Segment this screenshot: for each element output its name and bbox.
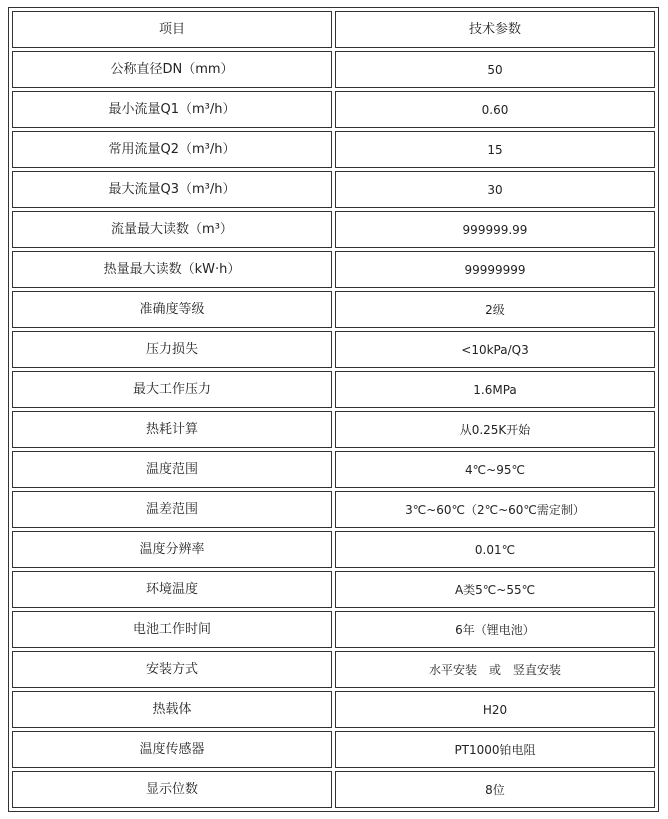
spec-table: 项目 技术参数 公称直径DN（mm） 50 最小流量Q1（m³/h） 0.60 …	[8, 7, 659, 812]
table-row: 显示位数 8位	[12, 771, 655, 808]
table-row: 电池工作时间 6年（锂电池）	[12, 611, 655, 648]
row-item: 温差范围	[12, 491, 332, 528]
table-row: 准确度等级 2级	[12, 291, 655, 328]
row-item: 温度范围	[12, 451, 332, 488]
table-row: 温差范围 3℃~60℃（2℃~60℃需定制）	[12, 491, 655, 528]
row-value: <10kPa/Q3	[335, 331, 655, 368]
row-item: 温度分辨率	[12, 531, 332, 568]
row-item: 最大流量Q3（m³/h）	[12, 171, 332, 208]
table-row: 常用流量Q2（m³/h） 15	[12, 131, 655, 168]
row-item: 常用流量Q2（m³/h）	[12, 131, 332, 168]
table-row: 公称直径DN（mm） 50	[12, 51, 655, 88]
row-value: 3℃~60℃（2℃~60℃需定制）	[335, 491, 655, 528]
row-value: 从0.25K开始	[335, 411, 655, 448]
table-row: 温度范围 4℃~95℃	[12, 451, 655, 488]
row-value: A类5℃~55℃	[335, 571, 655, 608]
row-item: 准确度等级	[12, 291, 332, 328]
row-item: 公称直径DN（mm）	[12, 51, 332, 88]
row-value: 0.60	[335, 91, 655, 128]
row-value: 6年（锂电池）	[335, 611, 655, 648]
row-value: 4℃~95℃	[335, 451, 655, 488]
table-row: 温度传感器 PT1000铂电阻	[12, 731, 655, 768]
header-value: 技术参数	[335, 11, 655, 48]
row-value: 1.6MPa	[335, 371, 655, 408]
row-item: 显示位数	[12, 771, 332, 808]
table-row: 最大工作压力 1.6MPa	[12, 371, 655, 408]
row-value: 50	[335, 51, 655, 88]
row-value: 999999.99	[335, 211, 655, 248]
row-item: 热耗计算	[12, 411, 332, 448]
table-row: 温度分辨率 0.01℃	[12, 531, 655, 568]
table-row: 流量最大读数（m³） 999999.99	[12, 211, 655, 248]
row-value: PT1000铂电阻	[335, 731, 655, 768]
row-item: 电池工作时间	[12, 611, 332, 648]
row-item: 温度传感器	[12, 731, 332, 768]
table-row: 热载体 H20	[12, 691, 655, 728]
row-item: 热量最大读数（kW·h）	[12, 251, 332, 288]
table-row: 最大流量Q3（m³/h） 30	[12, 171, 655, 208]
row-item: 最大工作压力	[12, 371, 332, 408]
table-row: 压力损失 <10kPa/Q3	[12, 331, 655, 368]
row-value: 99999999	[335, 251, 655, 288]
row-value: 8位	[335, 771, 655, 808]
row-item: 流量最大读数（m³）	[12, 211, 332, 248]
row-item: 热载体	[12, 691, 332, 728]
row-value: 30	[335, 171, 655, 208]
row-item: 最小流量Q1（m³/h）	[12, 91, 332, 128]
row-item: 安装方式	[12, 651, 332, 688]
table-row: 热耗计算 从0.25K开始	[12, 411, 655, 448]
table-header-row: 项目 技术参数	[12, 11, 655, 48]
row-item: 环境温度	[12, 571, 332, 608]
row-value: H20	[335, 691, 655, 728]
row-item: 压力损失	[12, 331, 332, 368]
row-value: 2级	[335, 291, 655, 328]
header-item: 项目	[12, 11, 332, 48]
table-row: 环境温度 A类5℃~55℃	[12, 571, 655, 608]
table-row: 最小流量Q1（m³/h） 0.60	[12, 91, 655, 128]
row-value: 15	[335, 131, 655, 168]
row-value: 0.01℃	[335, 531, 655, 568]
table-row: 安装方式 水平安装 或 竖直安装	[12, 651, 655, 688]
table-row: 热量最大读数（kW·h） 99999999	[12, 251, 655, 288]
row-value: 水平安装 或 竖直安装	[335, 651, 655, 688]
